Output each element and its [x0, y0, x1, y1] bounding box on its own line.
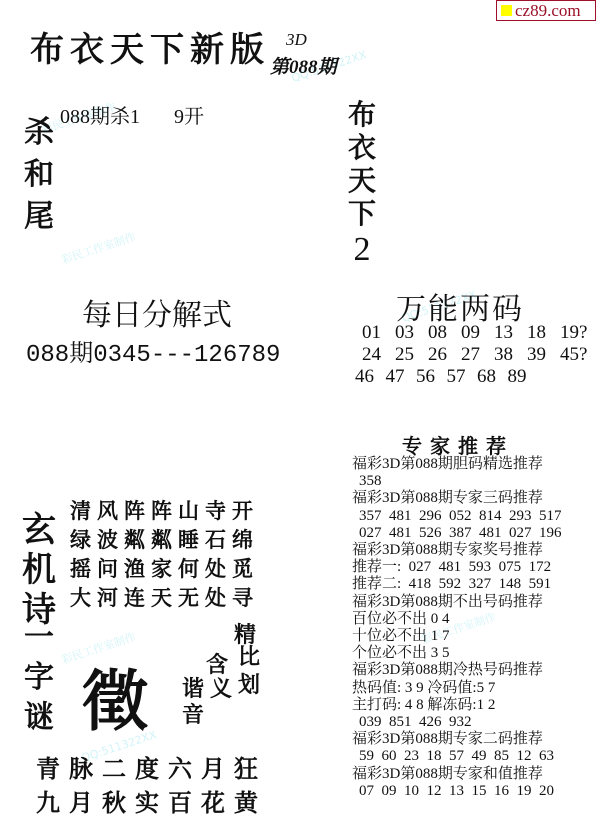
- daily-title: 每日分解式: [82, 290, 232, 334]
- number-cell: 25: [395, 344, 428, 366]
- poem-line: 大河连天无处寻: [70, 583, 259, 612]
- poem-line: 九月秋实百花黄: [36, 786, 267, 820]
- number-cell: 68: [477, 366, 508, 388]
- game-label: 3D: [286, 30, 307, 50]
- expert-line: 59 60 23 18 57 49 85 12 63: [352, 748, 562, 765]
- number-row: 24 25 26 27 38 39 45?: [362, 344, 593, 366]
- expert-line: 热码值: 3 9 冷码值:5 7: [352, 680, 562, 697]
- riddle-note: 音: [182, 698, 204, 729]
- kill-info: 088期杀19开: [60, 100, 204, 129]
- number-cell: 46: [355, 366, 386, 388]
- number-cell: 45?: [560, 344, 593, 366]
- number-cell: 18: [527, 322, 560, 344]
- number-cell: 89: [508, 366, 539, 388]
- watermark: 彩民工作室制作: [59, 228, 137, 267]
- number-row: 01 03 08 09 13 18 19?: [362, 322, 593, 344]
- expert-line: 福彩3D第088期不出号码推荐: [352, 594, 562, 611]
- vertical-char: 字: [24, 658, 54, 698]
- mystic-poem-label: 玄 机 诗: [22, 510, 56, 630]
- bottom-poem: 青脉二度六月狂 九月秋实百花黄: [36, 752, 267, 820]
- mystic-poem: 清风阵阵山寺开 绿波粼粼睡石绵 摇问渔家何处觅 大河连天无处寻: [70, 496, 259, 612]
- riddle-note: 义: [210, 672, 232, 703]
- expert-line: 358: [352, 473, 562, 490]
- expert-title: 专家推荐: [402, 430, 514, 459]
- number-cell: 24: [362, 344, 395, 366]
- expert-line: 推荐二: 418 592 327 148 591: [352, 576, 562, 593]
- expert-line: 福彩3D第088期专家和值推荐: [352, 766, 562, 783]
- vertical-char: 衣: [348, 131, 376, 164]
- number-cell: 13: [494, 322, 527, 344]
- expert-line: 福彩3D第088期胆码精选推荐: [352, 456, 562, 473]
- expert-line: 福彩3D第088期专家二码推荐: [352, 731, 562, 748]
- expert-line: 个位必不出 3 5: [352, 645, 562, 662]
- expert-line: 推荐一: 027 481 593 075 172: [352, 559, 562, 576]
- kill-label: 088期杀1: [60, 106, 140, 128]
- vertical-char: 一: [24, 618, 54, 658]
- page-title: 布衣天下新版: [30, 22, 270, 71]
- vertical-char: 杀: [24, 112, 54, 154]
- poem-line: 青脉二度六月狂: [36, 752, 267, 786]
- expert-line: 福彩3D第088期冷热号码推荐: [352, 662, 562, 679]
- expert-line: 07 09 10 12 13 15 16 19 20: [352, 783, 562, 800]
- number-cell: 09: [461, 322, 494, 344]
- number-cell: 08: [428, 322, 461, 344]
- number-cell: 57: [447, 366, 478, 388]
- logo-square-icon: [501, 5, 512, 16]
- vertical-char: 天: [348, 164, 376, 197]
- number-cell: 01: [362, 322, 395, 344]
- vertical-char: 玄: [22, 510, 56, 550]
- buyi-tianxia-vertical: 布 衣 天 下 2: [348, 98, 376, 270]
- number-cell: 39: [527, 344, 560, 366]
- daily-value: 088期0345---126789: [26, 333, 280, 369]
- expert-line: 百位必不出 0 4: [352, 611, 562, 628]
- site-logo[interactable]: cz89.com: [496, 0, 596, 21]
- riddle-label: 一 字 谜: [24, 618, 54, 738]
- expert-line: 福彩3D第088期专家三码推荐: [352, 490, 562, 507]
- expert-line: 357 481 296 052 814 293 517: [352, 508, 562, 525]
- expert-line: 十位必不出 1 7: [352, 628, 562, 645]
- number-cell: 27: [461, 344, 494, 366]
- riddle-note: 划: [238, 668, 260, 699]
- vertical-char: 机: [22, 550, 56, 590]
- expert-line: 福彩3D第088期专家奖号推荐: [352, 542, 562, 559]
- expert-line: 027 481 526 387 481 027 196: [352, 525, 562, 542]
- expert-line: 039 851 426 932: [352, 714, 562, 731]
- kill-sum-tail-vertical: 杀 和 尾: [24, 112, 54, 238]
- vertical-char: 布: [348, 98, 376, 131]
- number-cell: 26: [428, 344, 461, 366]
- number-cell: 19?: [560, 322, 593, 344]
- vertical-char: 下: [348, 197, 376, 230]
- number-cell: 47: [386, 366, 417, 388]
- universal-two-grid: 01 03 08 09 13 18 19? 24 25 26 27 38 39 …: [362, 322, 593, 388]
- poem-line: 绿波粼粼睡石绵: [70, 525, 259, 554]
- logo-text: cz89.com: [515, 1, 581, 21]
- vertical-char: 和: [24, 154, 54, 196]
- issue-label: 第088期: [270, 52, 337, 79]
- expert-list: 福彩3D第088期胆码精选推荐 358 福彩3D第088期专家三码推荐 357 …: [352, 456, 562, 800]
- vertical-char: 谜: [24, 698, 54, 738]
- open-label: 9开: [174, 106, 204, 128]
- expert-line: 主打码: 4 8 解冻码:1 2: [352, 697, 562, 714]
- vertical-char: 尾: [24, 196, 54, 238]
- poem-line: 清风阵阵山寺开: [70, 496, 259, 525]
- riddle-note: 比: [238, 640, 260, 671]
- number-cell: 38: [494, 344, 527, 366]
- number-cell: 03: [395, 322, 428, 344]
- poem-line: 摇问渔家何处觅: [70, 554, 259, 583]
- vertical-number: 2: [354, 230, 371, 270]
- number-row: 46 47 56 57 68 89: [355, 366, 593, 388]
- number-cell: 56: [416, 366, 447, 388]
- riddle-character: 徵: [82, 648, 148, 743]
